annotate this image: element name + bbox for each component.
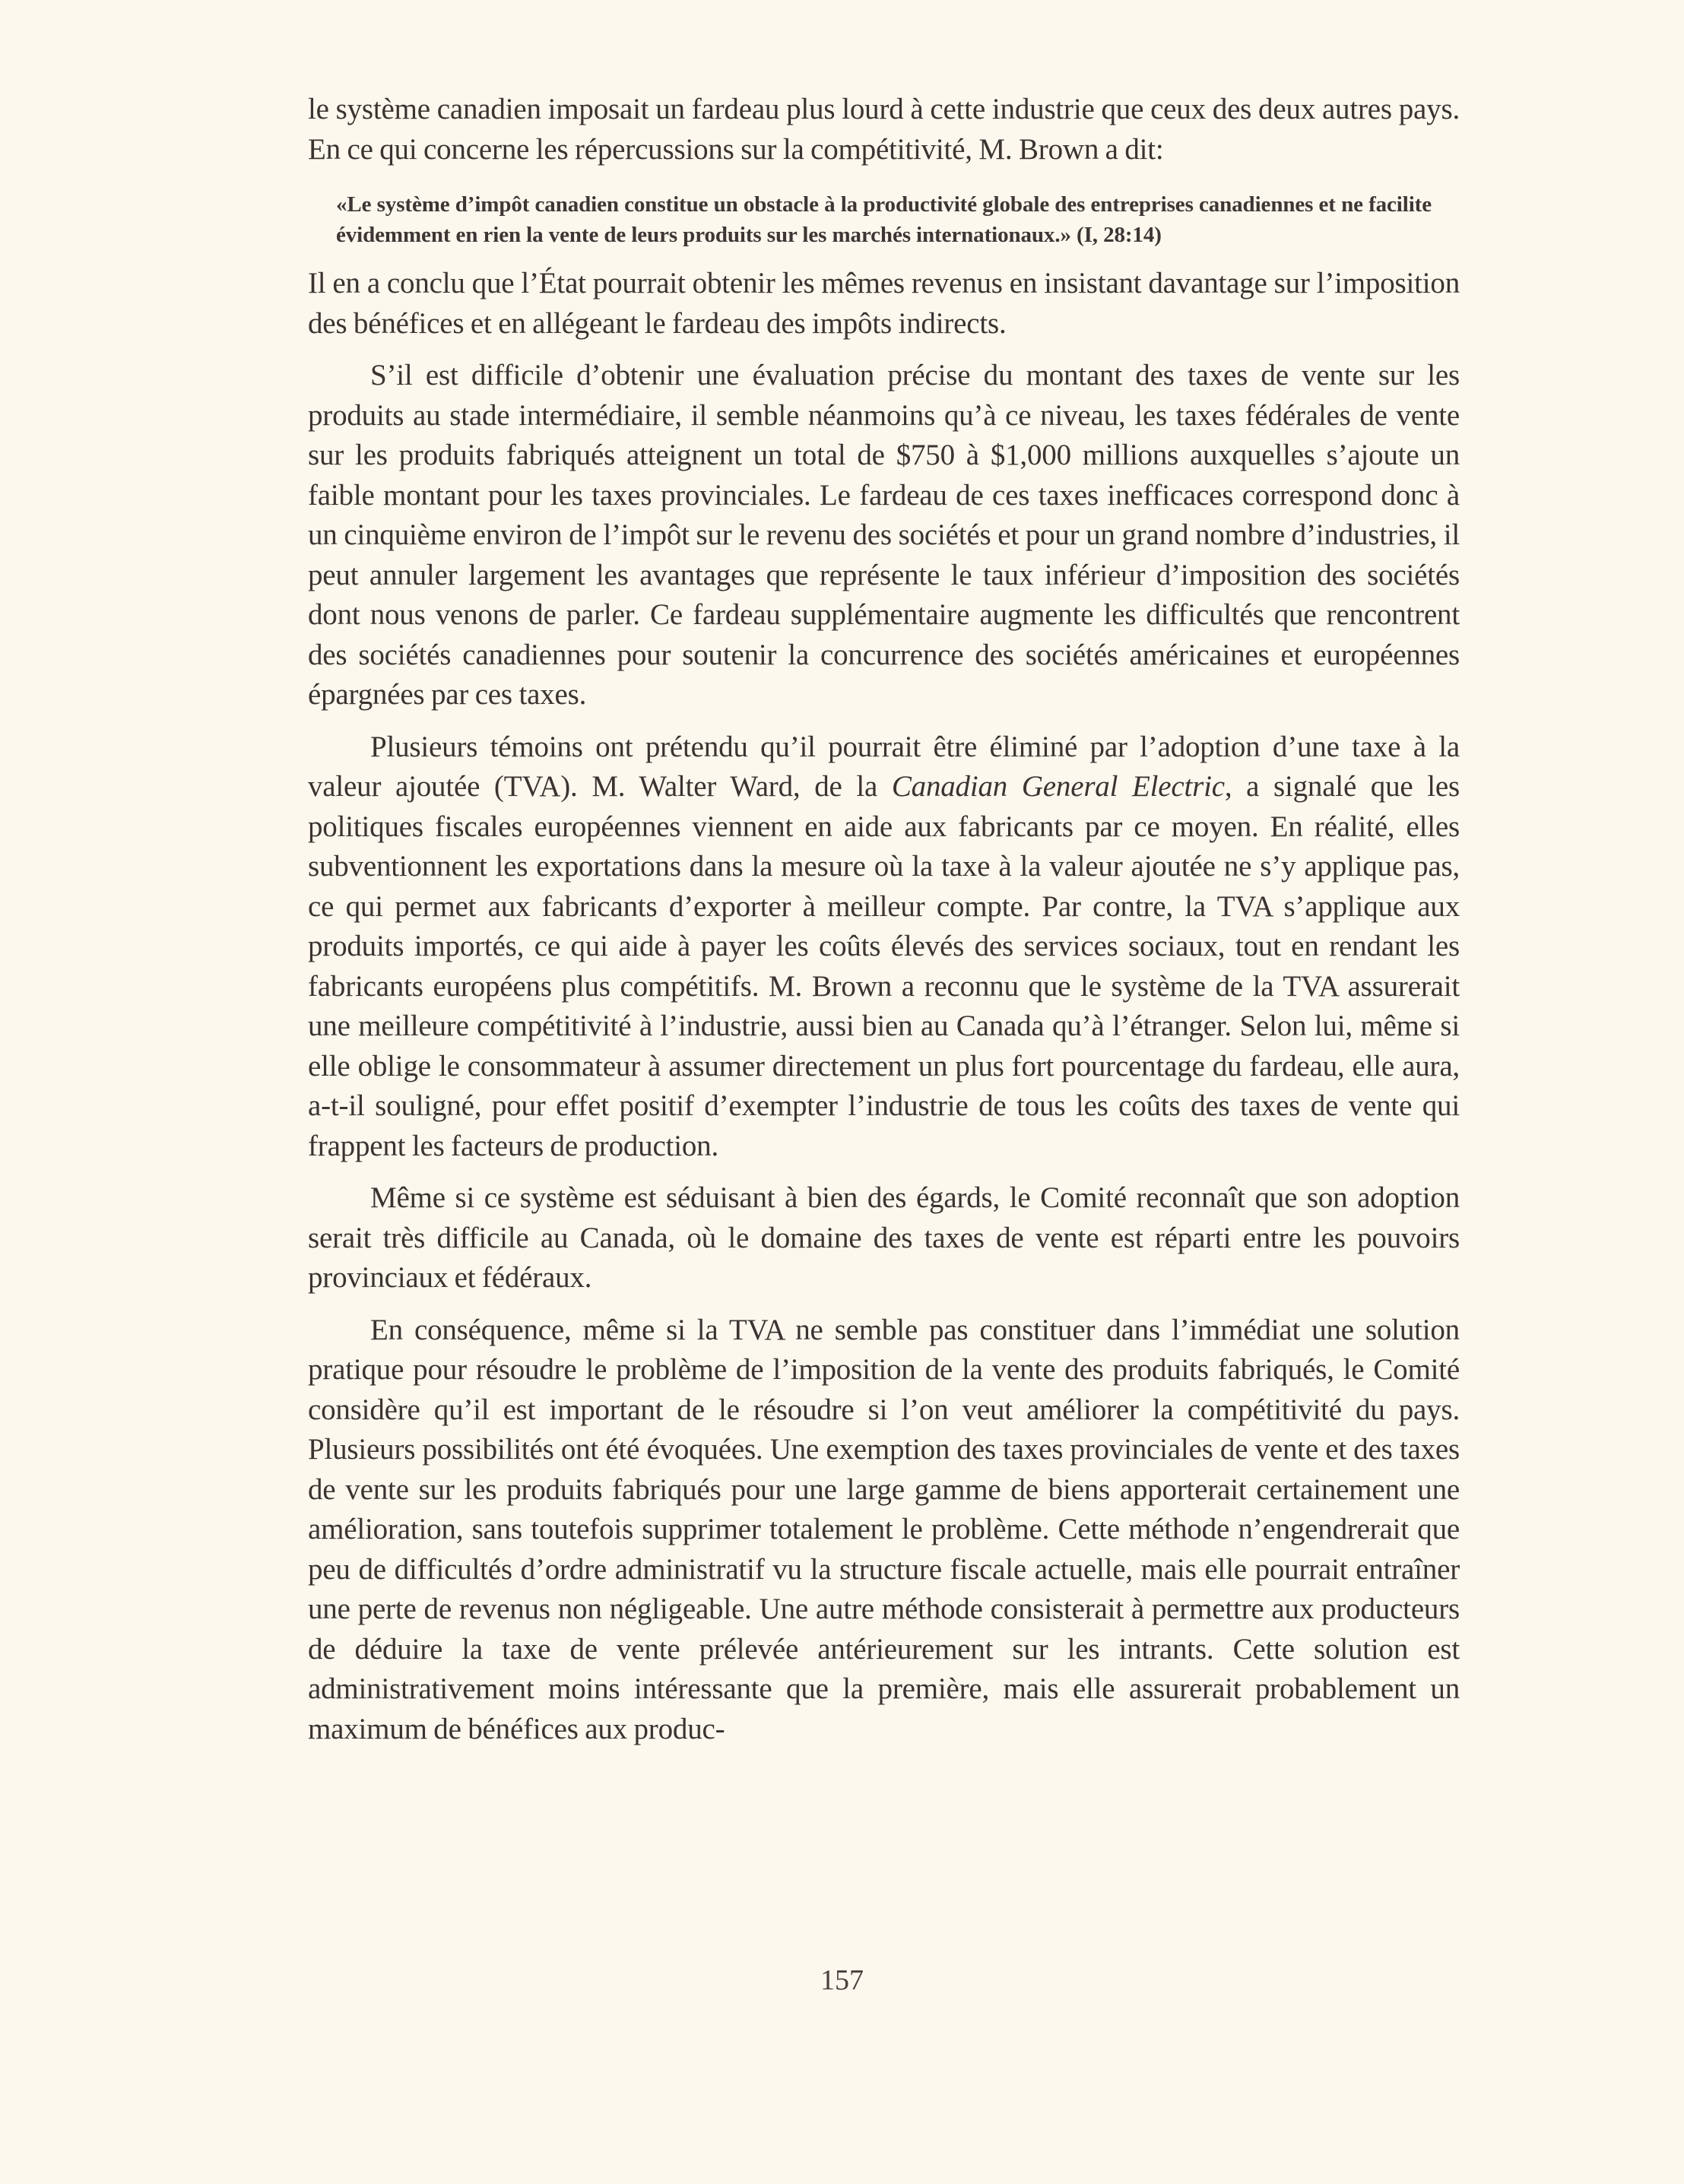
paragraph-continuation: le système canadien imposait un fardeau … xyxy=(308,90,1460,170)
paragraph-consequence: En conséquence, même si la TVA ne semble… xyxy=(308,1311,1460,1750)
paragraph-tva-witnesses: Plusieurs témoins ont prétendu qu’il pou… xyxy=(308,727,1460,1167)
page-number: 157 xyxy=(0,1964,1684,1997)
paragraph-committee-recognition: Même si ce système est séduisant à bien … xyxy=(308,1178,1460,1298)
company-name-italic: Canadian General Electric xyxy=(892,770,1225,803)
document-page: le système canadien imposait un fardeau … xyxy=(308,90,1460,1749)
paragraph-tva-text-after: , a signalé que les politiques fiscales … xyxy=(308,770,1460,1162)
paragraph-conclusion: Il en a conclu que l’État pourrait obten… xyxy=(308,264,1460,344)
block-quote-brown: «Le système d’impôt canadien constitue u… xyxy=(336,189,1432,250)
paragraph-sales-tax-estimate: S’il est difficile d’obtenir une évaluat… xyxy=(308,356,1460,715)
